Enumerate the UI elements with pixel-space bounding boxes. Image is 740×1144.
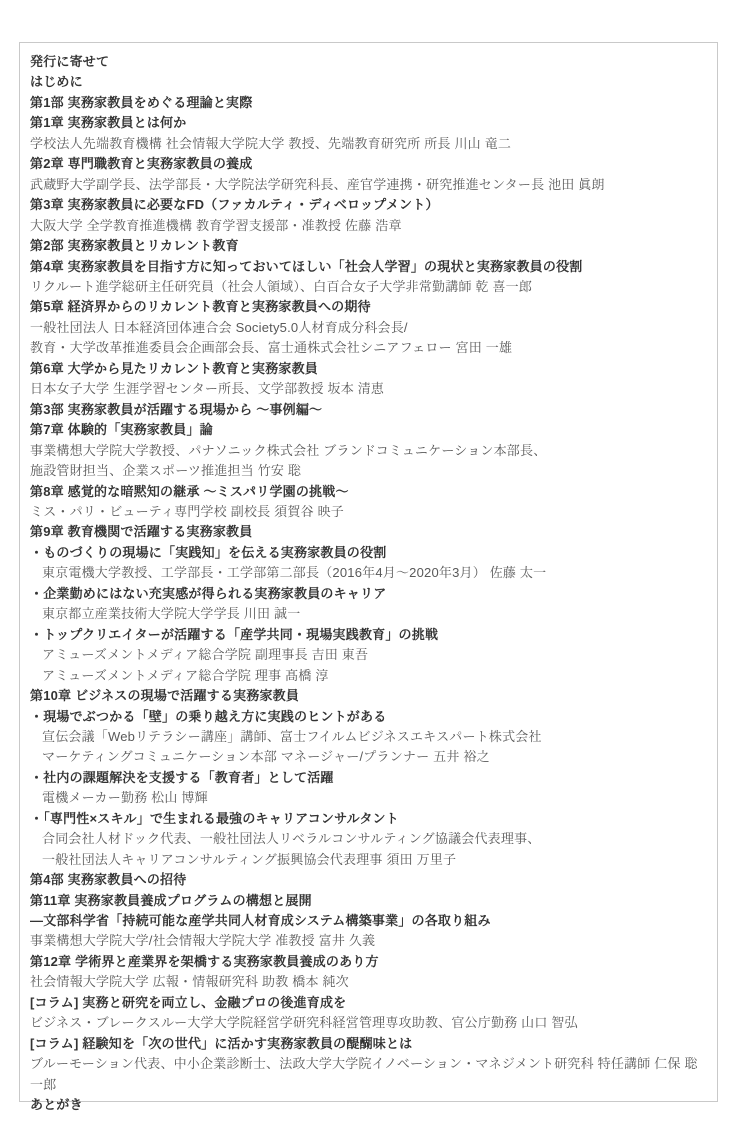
toc-entry: 第1部 実務家教員をめぐる理論と実際 — [30, 93, 706, 113]
toc-entry: 第8章 感覚的な暗黙知の継承 ～ミスパリ学園の挑戦～ — [30, 482, 706, 502]
toc-entry: アミューズメントメディア総合学院 理事 髙橋 淳 — [30, 666, 706, 686]
toc-entry: 大阪大学 全学教育推進機構 教育学習支援部・准教授 佐藤 浩章 — [30, 216, 706, 236]
toc-entry: 第1章 実務家教員とは何か — [30, 113, 706, 133]
toc-entry: 第9章 教育機関で活躍する実務家教員 — [30, 522, 706, 542]
toc-entry: 東京都立産業技術大学院大学学長 川田 誠一 — [30, 604, 706, 624]
toc-entry: ・「専門性×スキル」で生まれる最強のキャリアコンサルタント — [30, 809, 706, 829]
toc-entry: 宣伝会議「Webリテラシー講座」講師、富士フイルムビジネスエキスパート株式会社 — [30, 727, 706, 747]
toc-entry: 第7章 体験的「実務家教員」論 — [30, 420, 706, 440]
toc-entry: 武蔵野大学副学長、法学部長・大学院法学研究科長、産官学連携・研究推進センター長 … — [30, 175, 706, 195]
toc-entry: 日本女子大学 生涯学習センター所長、文学部教授 坂本 清恵 — [30, 379, 706, 399]
toc-entry: はじめに — [30, 72, 706, 92]
toc-entry: 電機メーカー勤務 松山 博輝 — [30, 788, 706, 808]
toc-entry: ・ものづくりの現場に「実践知」を伝える実務家教員の役割 — [30, 543, 706, 563]
toc-entry: 第12章 学術界と産業界を架橋する実務家教員養成のあり方 — [30, 952, 706, 972]
toc-entry: ・企業勤めにはない充実感が得られる実務家教員のキャリア — [30, 584, 706, 604]
toc-list: 発行に寄せてはじめに第1部 実務家教員をめぐる理論と実際第1章 実務家教員とは何… — [30, 52, 706, 1116]
toc-entry: [コラム] 経験知を「次の世代」に活かす実務家教員の醍醐味とは — [30, 1034, 706, 1054]
toc-entry: ・トップクリエイターが活躍する「産学共同・現場実践教育」の挑戦 — [30, 625, 706, 645]
toc-entry: リクルート進学総研主任研究員（社会人領域）、白百合女子大学非常勤講師 乾 喜一郎 — [30, 277, 706, 297]
toc-entry: 第2章 専門職教育と実務家教員の養成 — [30, 154, 706, 174]
toc-entry: 第11章 実務家教員養成プログラムの構想と展開 — [30, 891, 706, 911]
toc-entry: 第2部 実務家教員とリカレント教育 — [30, 236, 706, 256]
toc-entry: 教育・大学改革推進委員会企画部会長、富士通株式会社シニアフェロー 宮田 一雄 — [30, 338, 706, 358]
toc-entry: ミス・パリ・ビューティ専門学校 副校長 須賀谷 映子 — [30, 502, 706, 522]
toc-entry: あとがき — [30, 1095, 706, 1115]
toc-entry: ビジネス・ブレークスルー大学大学院経営学研究科経営管理専攻助教、官公庁勤務 山口… — [30, 1013, 706, 1033]
toc-entry: ・社内の課題解決を支援する「教育者」として活躍 — [30, 768, 706, 788]
toc-entry: 第3章 実務家教員に必要なFD（ファカルティ・ディベロップメント） — [30, 195, 706, 215]
toc-entry: 第10章 ビジネスの現場で活躍する実務家教員 — [30, 686, 706, 706]
toc-entry: 学校法人先端教育機構 社会情報大学院大学 教授、先端教育研究所 所長 川山 竜二 — [30, 134, 706, 154]
toc-panel: 発行に寄せてはじめに第1部 実務家教員をめぐる理論と実際第1章 実務家教員とは何… — [19, 42, 718, 1102]
toc-entry: 合同会社人材ドック代表、一般社団法人リベラルコンサルティング協議会代表理事、 — [30, 829, 706, 849]
toc-entry: マーケティングコミュニケーション本部 マネージャー/プランナー 五井 裕之 — [30, 747, 706, 767]
toc-entry: 第4部 実務家教員への招待 — [30, 870, 706, 890]
toc-entry: [コラム] 実務と研究を両立し、金融プロの後進育成を — [30, 993, 706, 1013]
toc-entry: ・現場でぶつかる「壁」の乗り越え方に実践のヒントがある — [30, 707, 706, 727]
toc-entry: 施設管財担当、企業スポーツ推進担当 竹安 聡 — [30, 461, 706, 481]
toc-entry: ―文部科学省「持続可能な産学共同人材育成システム構築事業」の各取り組み — [30, 911, 706, 931]
toc-entry: 一般社団法人 日本経済団体連合会 Society5.0人材育成分科会長/ — [30, 318, 706, 338]
toc-entry: 発行に寄せて — [30, 52, 706, 72]
toc-entry: 第5章 経済界からのリカレント教育と実務家教員への期待 — [30, 297, 706, 317]
toc-entry: アミューズメントメディア総合学院 副理事長 吉田 東吾 — [30, 645, 706, 665]
toc-entry: 東京電機大学教授、工学部長・工学部第二部長（2016年4月～2020年3月） 佐… — [30, 563, 706, 583]
toc-entry: 社会情報大学院大学 広報・情報研究科 助教 橋本 純次 — [30, 972, 706, 992]
toc-entry: 事業構想大学院大学教授、パナソニック株式会社 ブランドコミュニケーション本部長、 — [30, 441, 706, 461]
toc-entry: 一般社団法人キャリアコンサルティング振興協会代表理事 須田 万里子 — [30, 850, 706, 870]
toc-entry: 第6章 大学から見たリカレント教育と実務家教員 — [30, 359, 706, 379]
toc-entry: 第4章 実務家教員を目指す方に知っておいてほしい「社会人学習」の現状と実務家教員… — [30, 257, 706, 277]
toc-entry: ブルーモーション代表、中小企業診断士、法政大学大学院イノベーション・マネジメント… — [30, 1054, 706, 1095]
toc-entry: 事業構想大学院大学/社会情報大学院大学 准教授 富井 久義 — [30, 931, 706, 951]
toc-entry: 第3部 実務家教員が活躍する現場から ～事例編～ — [30, 400, 706, 420]
